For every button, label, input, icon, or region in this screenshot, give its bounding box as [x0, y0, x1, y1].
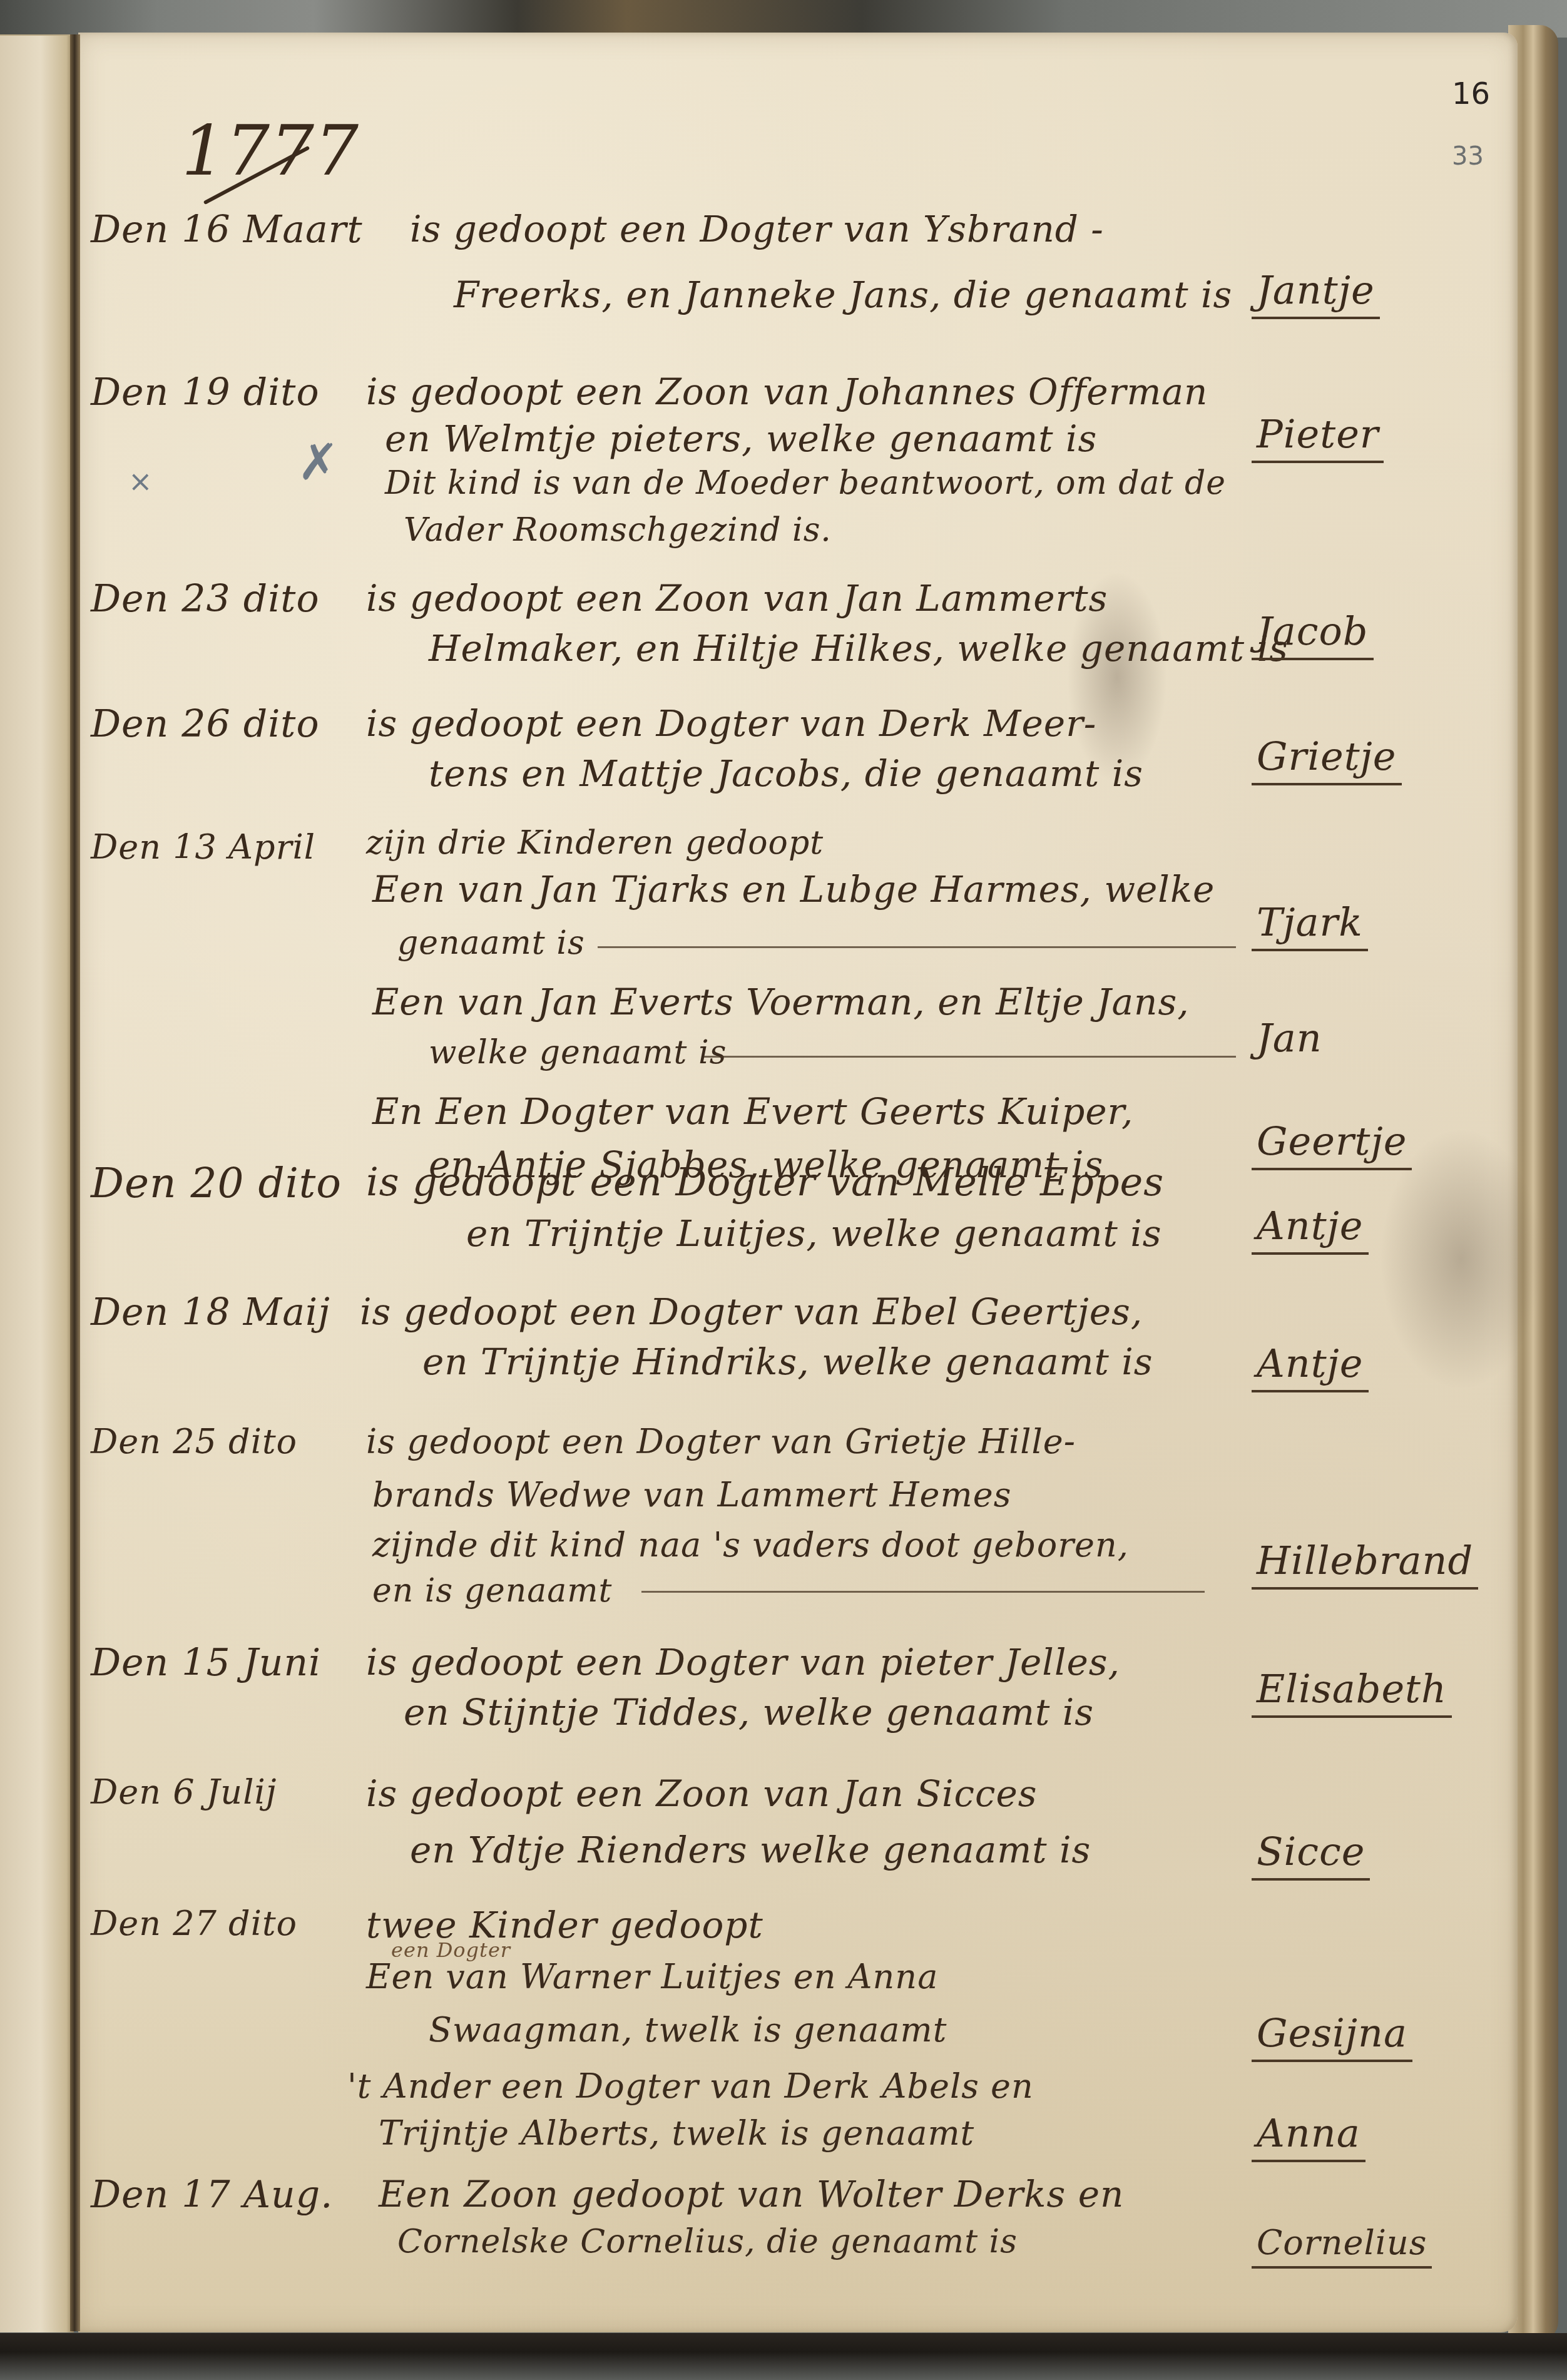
entry-date: Den 25 dito: [91, 1422, 297, 1461]
entry-text: is gedoopt een Dogter van Melle Eppes: [366, 1159, 1164, 1205]
entry-text: zijnde dit kind naa 's vaders doot gebor…: [372, 1525, 1129, 1565]
facing-page-edge: [0, 34, 74, 2332]
entry-text: en Ydtje Rienders welke genaamt is: [410, 1829, 1091, 1871]
scan-backdrop-bottom: [0, 2333, 1567, 2380]
entry-text: en Trijntje Luitjes, welke genaamt is: [466, 1212, 1162, 1255]
folio-number: 33: [1452, 142, 1484, 171]
pencil-mark-cross: ✗: [297, 433, 339, 491]
entry-text: is gedoopt een Dogter van Ysbrand -: [410, 208, 1104, 250]
child-name: Antje: [1252, 1203, 1369, 1255]
dash-leader: [641, 1591, 1205, 1593]
entry-date: Den 18 Maij: [91, 1290, 330, 1334]
entry-text: 't Ander een Dogter van Derk Abels en: [347, 2066, 1034, 2106]
child-name: Tjark: [1252, 899, 1368, 951]
child-name: Elisabeth: [1252, 1666, 1452, 1718]
child-name: Pieter: [1252, 411, 1384, 463]
book-gutter: [70, 34, 80, 2331]
entry-date: Den 23 dito: [91, 577, 320, 621]
entry-text: is gedoopt een Dogter van pieter Jelles,: [366, 1641, 1120, 1683]
entry-text: is gedoopt een Dogter van Ebel Geertjes,: [360, 1290, 1143, 1333]
dash-leader: [598, 946, 1236, 948]
entry-date: Den 16 Maart: [91, 208, 363, 252]
entry-text: Trijntje Alberts, twelk is genaamt: [379, 2113, 974, 2153]
pencil-mark-x: ×: [128, 464, 153, 498]
entry-text: Cornelske Cornelius, die genaamt is: [397, 2223, 1018, 2260]
entry-date: Den 20 dito: [91, 1159, 342, 1207]
entry-text: welke genaamt is: [429, 1034, 727, 1071]
entry-text: brands Wedwe van Lammert Hemes: [372, 1475, 1011, 1514]
entry-text: Freerks, en Janneke Jans, die genaamt is: [454, 273, 1232, 316]
child-name: Sicce: [1252, 1829, 1370, 1881]
child-name: Jantje: [1252, 267, 1380, 319]
entry-text: Een van Jan Everts Voerman, en Eltje Jan…: [372, 981, 1190, 1023]
entry-text: is gedoopt een Dogter van Grietje Hille-: [366, 1422, 1076, 1461]
entry-text: en Welmtje pieters, welke genaamt is: [385, 417, 1097, 460]
child-name: Cornelius: [1252, 2223, 1432, 2269]
entry-text: en Stijntje Tiddes, welke genaamt is: [404, 1691, 1094, 1734]
entry-text: Dit kind is van de Moeder beantwoort, om…: [385, 464, 1226, 502]
page-number: 16: [1452, 76, 1490, 111]
child-name: Hillebrand: [1252, 1538, 1478, 1590]
child-name: Anna: [1252, 2110, 1365, 2162]
entry-text: is gedoopt een Zoon van Johannes Offerma…: [366, 370, 1208, 413]
entry-text: En Een Dogter van Evert Geerts Kuiper,: [372, 1090, 1133, 1133]
child-name: Gesijna: [1252, 2010, 1412, 2062]
entry-text: Een van Jan Tjarks en Lubge Harmes, welk…: [372, 868, 1215, 911]
entry-text: zijn drie Kinderen gedoopt: [366, 824, 824, 862]
register-page: 16 33 1777 Den 16 Maart is gedoopt een D…: [78, 33, 1518, 2332]
entry-date: Den 13 April: [91, 827, 315, 867]
entry-text: Helmaker, en Hiltje Hilkes, welke genaam…: [429, 627, 1289, 670]
child-name: Antje: [1252, 1341, 1369, 1392]
entry-text: is gedoopt een Zoon van Jan Sicces: [366, 1772, 1038, 1815]
child-name: Grietje: [1252, 733, 1402, 785]
entry-text: is gedoopt een Zoon van Jan Lammerts: [366, 577, 1108, 620]
entry-text: en Trijntje Hindriks, welke genaamt is: [422, 1341, 1153, 1383]
child-name: Jan: [1252, 1015, 1327, 1065]
entry-date: Den 26 dito: [91, 702, 320, 746]
entry-text: en is genaamt: [372, 1572, 612, 1610]
entry-date: Den 27 dito: [91, 1904, 297, 1943]
entry-text: tens en Mattje Jacobs, die genaamt is: [429, 752, 1143, 795]
entry-text: Een Zoon gedoopt van Wolter Derks en: [379, 2173, 1124, 2215]
scan-backdrop-top: [0, 0, 1567, 38]
entry-date: Den 17 Aug.: [91, 2173, 333, 2217]
entry-date: Den 19 dito: [91, 370, 320, 414]
child-name: Geertje: [1252, 1118, 1412, 1170]
entry-text: Vader Roomschgezind is.: [404, 511, 832, 549]
entry-text: genaamt is: [397, 924, 585, 962]
child-name: Jacob: [1252, 608, 1374, 660]
dash-leader: [704, 1056, 1236, 1058]
entry-text: Een van Warner Luitjes en Anna: [366, 1957, 938, 1996]
year-heading: 1777: [181, 111, 359, 191]
entry-date: Den 6 Julij: [91, 1772, 277, 1812]
entry-text: Swaagman, twelk is genaamt: [429, 2010, 947, 2050]
entry-date: Den 15 Juni: [91, 1641, 321, 1685]
entry-text: is gedoopt een Dogter van Derk Meer-: [366, 702, 1096, 745]
